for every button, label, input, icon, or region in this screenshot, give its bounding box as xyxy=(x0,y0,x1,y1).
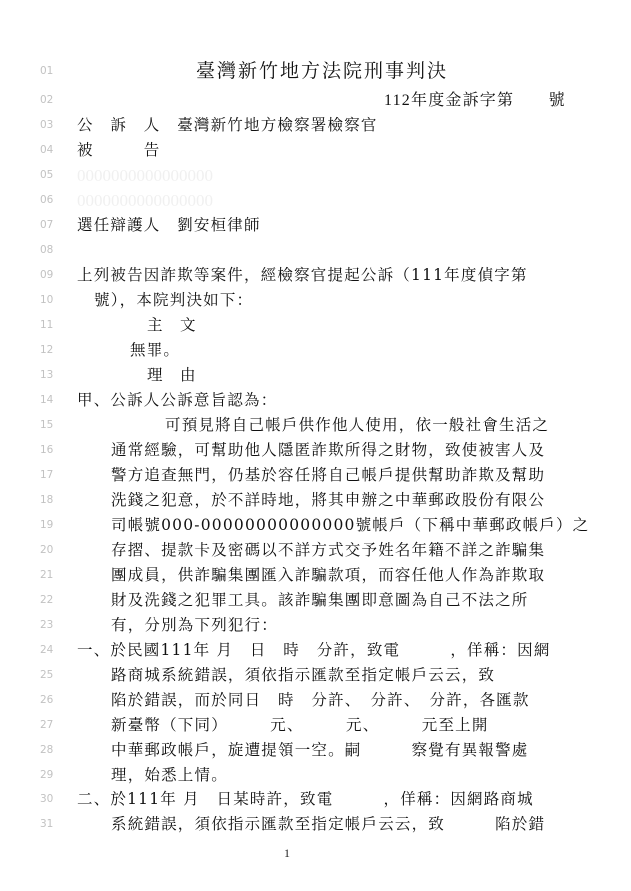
doc-line: 12 無罪。 xyxy=(0,338,631,363)
verdict-text: 無罪。 xyxy=(130,338,180,363)
subsection-heading: 甲、公訴人公訴意旨認為： xyxy=(77,388,277,413)
line-number: 15 xyxy=(40,413,64,438)
doc-line: 29 理，始悉上情。 xyxy=(0,763,631,788)
line-number: 18 xyxy=(40,488,64,513)
line-number: 31 xyxy=(40,812,64,837)
line-number: 05 xyxy=(40,163,64,188)
doc-line: 27 新臺幣（下同） 元、 元、 元至上開 xyxy=(0,713,631,738)
doc-line: 13 理 由 xyxy=(0,363,631,388)
doc-line: 17 警方追查無門，仍基於容任將自己帳戶提供幫助詐欺及幫助 xyxy=(0,463,631,488)
line-number: 10 xyxy=(40,288,64,313)
redacted-text: 0000000000000000 xyxy=(77,163,213,188)
doc-line: 02 112年度金訴字第 號 xyxy=(0,88,631,113)
body-text: 中華郵政帳戶，旋遭提領一空。嗣 察覺有異報警處 xyxy=(111,738,529,763)
doc-line: 25 路商城系統錯誤，須依指示匯款至指定帳戶云云，致 xyxy=(0,663,631,688)
doc-line: 22 財及洗錢之犯罪工具。該詐騙集團即意圖為自己不法之所 xyxy=(0,588,631,613)
line-number: 08 xyxy=(40,238,64,263)
line-number: 27 xyxy=(40,713,64,738)
line-number: 04 xyxy=(40,138,64,163)
line-number: 13 xyxy=(40,363,64,388)
line-number: 20 xyxy=(40,538,64,563)
line-number: 06 xyxy=(40,188,64,213)
redacted-text: 0000000000000000 xyxy=(77,188,213,213)
line-number: 23 xyxy=(40,613,64,638)
line-number: 11 xyxy=(40,313,64,338)
doc-line: 10 號），本院判決如下： xyxy=(0,288,631,313)
line-number: 02 xyxy=(40,88,64,113)
line-number: 14 xyxy=(40,388,64,413)
doc-line: 21 團成員，供詐騙集團匯入詐騙款項，而容任他人作為詐欺取 xyxy=(0,563,631,588)
line-number: 28 xyxy=(40,738,64,763)
doc-line: 16 通常經驗，可幫助他人隱匿詐欺所得之財物，致使被害人及 xyxy=(0,438,631,463)
line-number: 30 xyxy=(40,787,64,812)
line-number: 24 xyxy=(40,638,64,663)
body-text: 存摺、提款卡及密碼以不詳方式交予姓名年籍不詳之詐騙集 xyxy=(111,538,545,563)
line-number: 03 xyxy=(40,113,64,138)
body-text: 一、於民國111年 月 日 時 分許，致電 ，佯稱：因網 xyxy=(77,638,551,663)
line-number: 12 xyxy=(40,338,64,363)
body-text: 團成員，供詐騙集團匯入詐騙款項，而容任他人作為詐欺取 xyxy=(111,563,545,588)
line-number: 19 xyxy=(40,513,64,538)
doc-line: 18 洗錢之犯意，於不詳時地，將其申辦之中華郵政股份有限公 xyxy=(0,488,631,513)
defendant-label: 被 告 xyxy=(77,138,161,163)
line-number: 25 xyxy=(40,663,64,688)
doc-line: 04 被 告 xyxy=(0,138,631,163)
body-text: 理，始悉上情。 xyxy=(111,763,228,788)
line-number: 17 xyxy=(40,463,64,488)
line-number: 01 xyxy=(40,59,64,84)
line-number: 29 xyxy=(40,763,64,788)
body-text: 財及洗錢之犯罪工具。該詐騙集團即意圖為自己不法之所 xyxy=(111,588,529,613)
doc-line: 28 中華郵政帳戶，旋遭提領一空。嗣 察覺有異報警處 xyxy=(0,738,631,763)
body-text: 陷於錯誤，而於同日 時 分許、 分許、 分許，各匯款 xyxy=(111,688,530,713)
doc-line: 19 司帳號000-00000000000000號帳戶（下稱中華郵政帳戶）之 xyxy=(0,513,631,538)
line-number: 09 xyxy=(40,263,64,288)
case-number: 112年度金訴字第 號 xyxy=(384,88,566,113)
body-text: 洗錢之犯意，於不詳時地，將其申辦之中華郵政股份有限公 xyxy=(111,488,545,513)
body-text: 司帳號000-00000000000000號帳戶（下稱中華郵政帳戶）之 xyxy=(111,513,589,538)
doc-line: 09 上列被告因詐欺等案件，經檢察官提起公訴（111年度偵字第 xyxy=(0,263,631,288)
doc-line: 20 存摺、提款卡及密碼以不詳方式交予姓名年籍不詳之詐騙集 xyxy=(0,538,631,563)
doc-line: 30 二、於111年 月 日某時許，致電 ，佯稱：因網路商城 xyxy=(0,787,631,812)
line-number: 26 xyxy=(40,688,64,713)
doc-line: 23 有，分別為下列犯行： xyxy=(0,613,631,638)
section-heading-reasons: 理 由 xyxy=(147,363,197,388)
doc-line: 06 0000000000000000 xyxy=(0,188,631,213)
doc-line: 31 系統錯誤，須依指示匯款至指定帳戶云云，致 陷於錯 xyxy=(0,812,631,837)
doc-line: 15 可預見將自己帳戶供作他人使用，依一般社會生活之 xyxy=(0,413,631,438)
document-page: 01 臺灣新竹地方法院刑事判決 02 112年度金訴字第 號 03 公 訴 人 … xyxy=(0,0,631,891)
doc-line: 07 選任辯護人 劉安桓律師 xyxy=(0,213,631,238)
section-heading-main-text: 主 文 xyxy=(147,313,197,338)
defense-counsel-line: 選任辯護人 劉安桓律師 xyxy=(77,213,261,238)
body-text: 可預見將自己帳戶供作他人使用，依一般社會生活之 xyxy=(165,413,549,438)
doc-line: 08 xyxy=(0,238,631,263)
line-number: 22 xyxy=(40,588,64,613)
body-text: 系統錯誤，須依指示匯款至指定帳戶云云，致 陷於錯 xyxy=(111,812,545,837)
line-number: 07 xyxy=(40,213,64,238)
body-text: 號），本院判決如下： xyxy=(94,288,253,313)
doc-line: 03 公 訴 人 臺灣新竹地方檢察署檢察官 xyxy=(0,113,631,138)
doc-line: 24 一、於民國111年 月 日 時 分許，致電 ，佯稱：因網 xyxy=(0,638,631,663)
page-number: 1 xyxy=(284,846,290,861)
doc-line: 26 陷於錯誤，而於同日 時 分許、 分許、 分許，各匯款 xyxy=(0,688,631,713)
doc-line: 05 0000000000000000 xyxy=(0,163,631,188)
body-text: 新臺幣（下同） 元、 元、 元至上開 xyxy=(111,713,489,738)
body-text: 有，分別為下列犯行： xyxy=(111,613,278,638)
line-number: 16 xyxy=(40,438,64,463)
document-title: 臺灣新竹地方法院刑事判決 xyxy=(196,59,448,84)
prosecutor-line: 公 訴 人 臺灣新竹地方檢察署檢察官 xyxy=(77,113,378,138)
line-number: 21 xyxy=(40,563,64,588)
body-text: 路商城系統錯誤，須依指示匯款至指定帳戶云云，致 xyxy=(111,663,495,688)
doc-line: 11 主 文 xyxy=(0,313,631,338)
body-text: 上列被告因詐欺等案件，經檢察官提起公訴（111年度偵字第 xyxy=(77,263,528,288)
doc-line: 14 甲、公訴人公訴意旨認為： xyxy=(0,388,631,413)
doc-line: 01 臺灣新竹地方法院刑事判決 xyxy=(0,59,631,84)
body-text: 警方追查無門，仍基於容任將自己帳戶提供幫助詐欺及幫助 xyxy=(111,463,545,488)
body-text: 通常經驗，可幫助他人隱匿詐欺所得之財物，致使被害人及 xyxy=(111,438,545,463)
body-text: 二、於111年 月 日某時許，致電 ，佯稱：因網路商城 xyxy=(77,787,534,812)
